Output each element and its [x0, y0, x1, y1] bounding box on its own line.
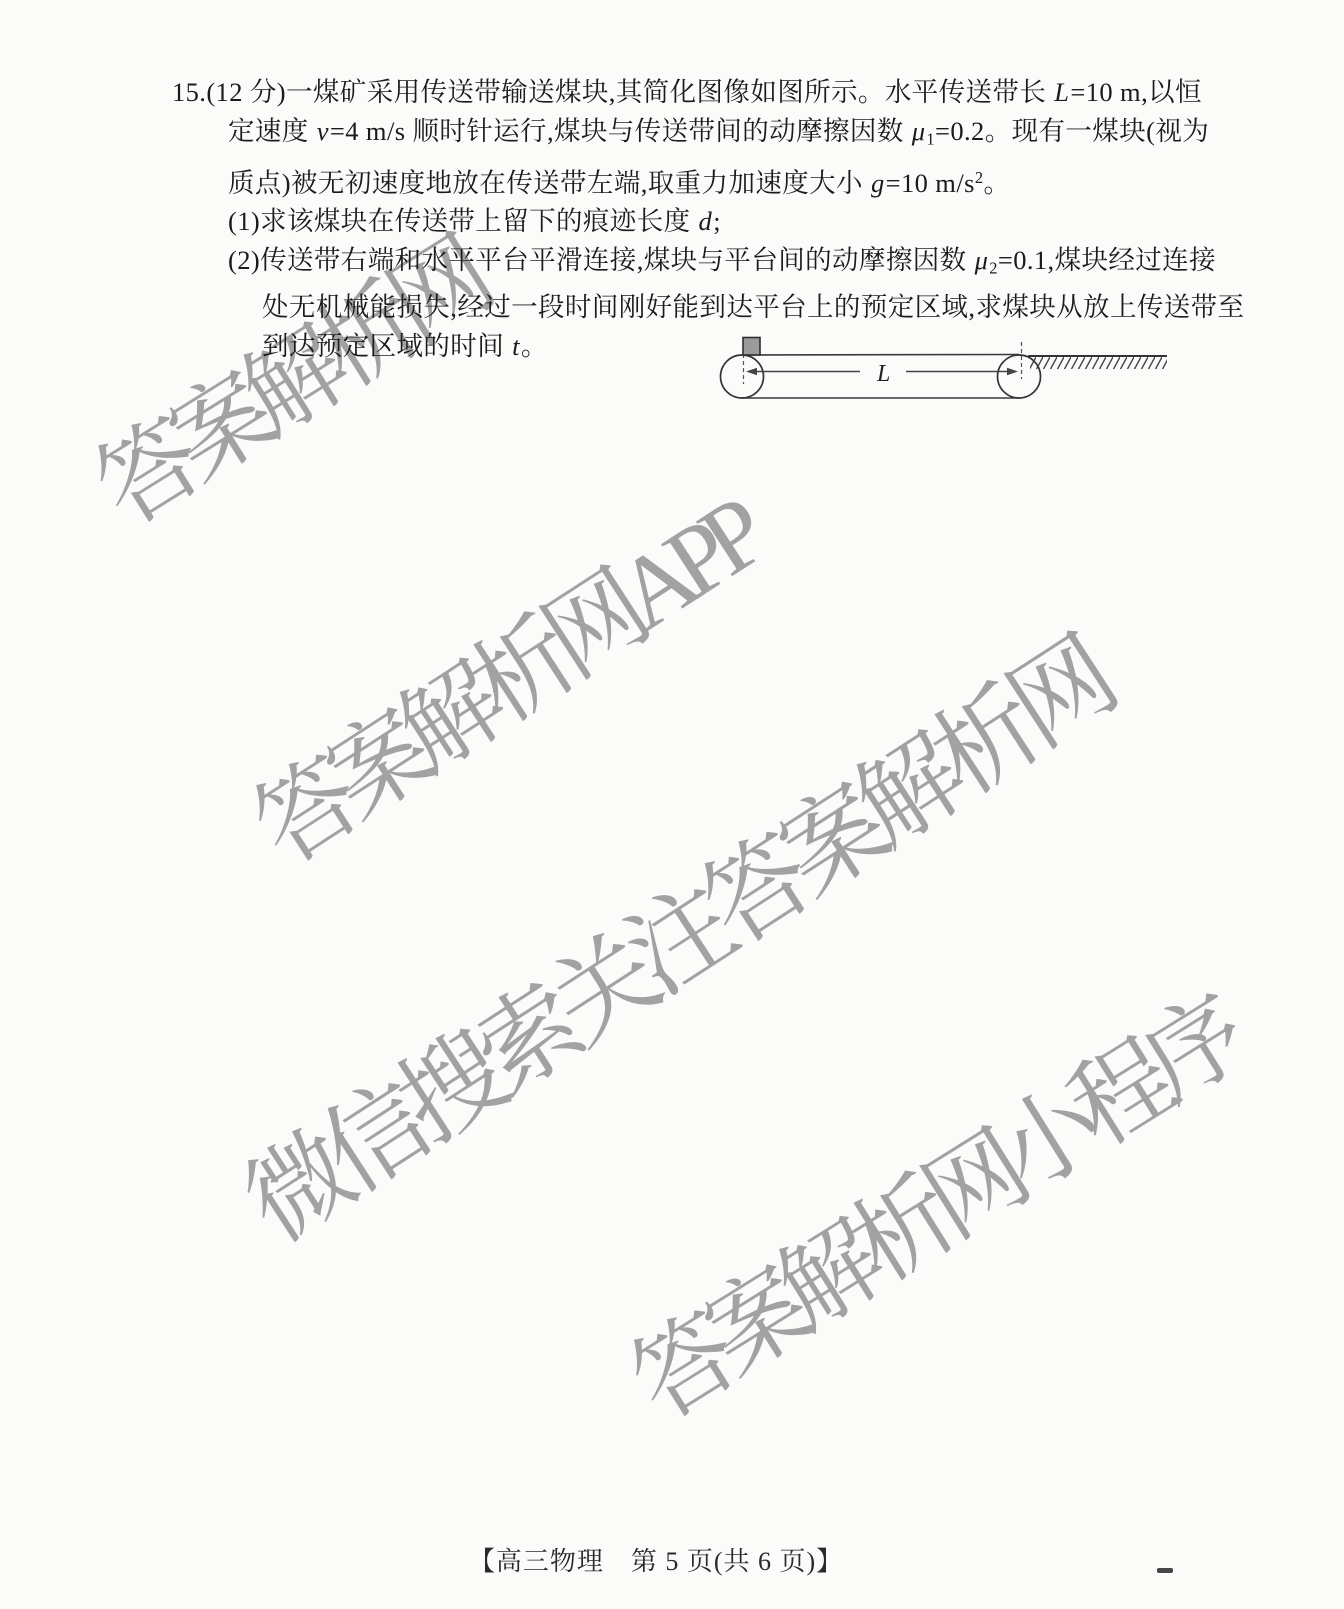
text-segment: 15.(12 分)一煤矿采用传送带输送煤块,其简化图像如图所示。水平传送带长 — [172, 77, 1053, 107]
text-segment: (2)传送带右端和水平平台平滑连接,煤块与平台间的动摩擦因数 — [228, 245, 974, 275]
text-segment: =10 m/s — [886, 168, 975, 198]
problem-line: 处无机械能损失,经过一段时间刚好能到达平台上的预定区域,求煤块从放上传送带至 — [172, 288, 1332, 327]
text-segment: 到达预定区域的时间 — [262, 331, 511, 361]
problem-line: 质点)被无初速度地放在传送带左端,取重力加速度大小 g=10 m/s2。 — [172, 159, 1332, 203]
problem-line: (1)求该煤块在传送带上留下的痕迹长度 d; — [172, 202, 1332, 241]
text-segment: =0.1,煤块经过连接 — [998, 245, 1216, 275]
scan-artifact — [1157, 1568, 1173, 1573]
text-segment: t — [511, 331, 521, 361]
exam-page: { "colors": { "text": "#1b1b1b", "waterm… — [0, 0, 1344, 1609]
problem-text: 15.(12 分)一煤矿采用传送带输送煤块,其简化图像如图所示。水平传送带长 L… — [172, 73, 1332, 365]
text-segment: d — [698, 206, 714, 236]
text-segment: =10 m,以恒 — [1070, 77, 1202, 107]
arrowhead-right — [1007, 368, 1018, 375]
text-segment: v — [316, 116, 330, 146]
text-segment: (1)求该煤块在传送带上留下的痕迹长度 — [228, 206, 698, 236]
text-segment: 。 — [521, 331, 548, 361]
text-segment: 定速度 — [228, 116, 316, 146]
text-segment: L — [1053, 77, 1070, 107]
text-segment: 2 — [989, 259, 998, 278]
text-segment: 处无机械能损失,经过一段时间刚好能到达平台上的预定区域,求煤块从放上传送带至 — [262, 292, 1244, 322]
problem-line: 定速度 v=4 m/s 顺时针运行,煤块与传送带间的动摩擦因数 μ1=0.2。现… — [172, 112, 1332, 159]
arrowhead-left — [746, 368, 757, 375]
text-segment: ; — [713, 206, 721, 236]
text-segment: =4 m/s 顺时针运行,煤块与传送带间的动摩擦因数 — [330, 116, 911, 146]
text-segment: g — [870, 168, 886, 198]
problem-line: (2)传送带右端和水平平台平滑连接,煤块与平台间的动摩擦因数 μ2=0.1,煤块… — [172, 241, 1332, 288]
text-segment: μ — [974, 245, 990, 275]
watermark-mini-program: 答案解析网小程序 — [600, 960, 1260, 1447]
problem-line: 15.(12 分)一煤矿采用传送带输送煤块,其简化图像如图所示。水平传送带长 L… — [172, 73, 1332, 112]
text-segment: 。 — [983, 168, 1010, 198]
text-segment: =0.2。现有一煤块(视为 — [935, 116, 1209, 146]
text-segment: 1 — [926, 129, 935, 148]
text-segment: 质点)被无初速度地放在传送带左端,取重力加速度大小 — [228, 168, 870, 198]
watermark-wechat-search: 微信搜索关注答案解析网 — [212, 600, 1132, 1269]
page-footer: 【高三物理 第 5 页(共 6 页)】 — [0, 1541, 1312, 1578]
text-segment: μ — [911, 116, 927, 146]
watermark-answer-site-app: 答案解析网APP — [222, 459, 780, 891]
problem-line: 到达预定区域的时间 t。 — [172, 327, 1332, 366]
